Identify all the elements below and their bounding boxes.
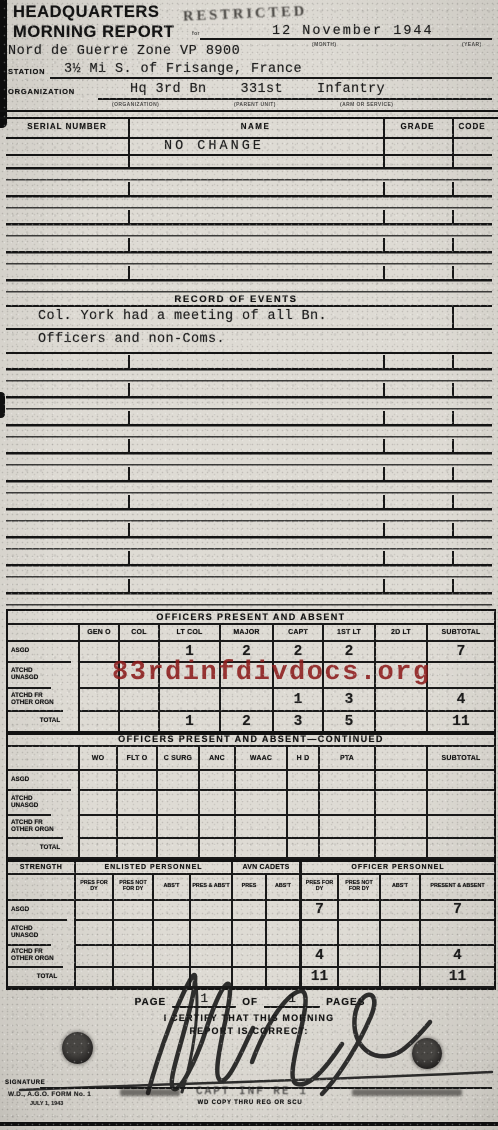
continued-cell [318,839,374,859]
continued-cell [78,839,116,859]
strength-corner-cell [8,875,74,901]
column-divider [452,138,454,154]
officers-cell: 7 [426,642,494,663]
column-divider [383,138,385,154]
continued-cell [116,816,156,839]
strength-cell [265,901,299,921]
continued-cell [318,791,374,816]
strength-cell [189,946,231,968]
row-label-total: TOTAL [8,712,78,733]
strength-cell [152,968,189,988]
officers-cell [78,712,118,733]
subcol-enl-pres-for-dy: PRES FOR DY [74,875,112,901]
organization-value: Hq 3rd Bn 331st Infantry [130,82,385,97]
officers-cell [158,689,219,712]
continued-cell [198,791,234,816]
headquarters-label: HEADQUARTERS [13,3,160,22]
column-divider-dashed [452,154,454,294]
scan-bottom-edge [0,1122,498,1126]
strength-cell: 7 [299,901,337,921]
subcol-avn-abst: ABS'T [265,875,299,901]
continued-cell [156,771,198,791]
continued-cell [286,791,318,816]
officers-continued-title: OFFICERS PRESENT AND ABSENT—CONTINUED [8,733,494,747]
continued-cell [286,816,318,839]
strength-cell [152,946,189,968]
officers-table-title: OFFICERS PRESENT AND ABSENT [8,611,494,625]
officers-col-capt: CAPT [272,625,322,642]
officers-continued-table: OFFICERS PRESENT AND ABSENT—CONTINUED WO… [6,731,496,861]
row-label-asgd: ASGD [8,771,71,791]
officers-col-lt-col: LT COL [158,625,219,642]
officers-cell [118,712,158,733]
continued-cell [198,771,234,791]
illegible-typed-smear [120,1089,180,1096]
officers-cell: 3 [322,689,374,712]
page-count-row: PAGE 1 OF 1 PAGES [100,991,400,1008]
strength-cell [152,921,189,946]
month-sublabel: (MONTH) [312,42,336,48]
column-divider-dashed [452,355,454,607]
continued-cell [78,771,116,791]
continued-cell [156,791,198,816]
map-zone-line: Nord de Guerre Zone VP 8900 [8,44,240,59]
blank-event-rows [6,355,492,607]
continued-col-h-d: H D [286,747,318,771]
strength-cell: 11 [299,968,337,988]
strength-cell [265,968,299,988]
officers-col-subtotal: SUBTOTAL [426,625,494,642]
continued-cell [318,771,374,791]
continued-cell [116,839,156,859]
row-label-atchd-unasgd: ATCHD UNASGD [8,791,51,816]
continued-corner-cell [8,747,78,771]
roster-header-row: SERIAL NUMBER NAME GRADE CODE [6,117,492,139]
column-divider [452,307,454,328]
continued-cell [374,791,426,816]
subcol-avn-pres: PRES [231,875,265,901]
officers-cell: 1 [158,712,219,733]
strength-cell [337,901,379,921]
strength-cell [112,921,152,946]
continued-col-waac: WAAC [234,747,286,771]
row-label-atchd-unasgd: ATCHD UNASGD [8,663,51,689]
continued-col-flt-o: FLT O [116,747,156,771]
continued-cell [374,839,426,859]
officers-cell [78,689,118,712]
punch-hole-right [412,1038,442,1069]
page-label: PAGE [135,997,167,1008]
scan-edge-nub [0,392,5,418]
strength-cell [337,968,379,988]
row-label-total: TOTAL [8,839,78,859]
total-pages: 1 [264,991,320,1008]
station-label: STATION [8,67,45,76]
officers-cell [374,689,426,712]
officers-cell [118,689,158,712]
form-date: JULY 1, 1943 [30,1101,63,1107]
watermark: 83rdinfdivdocs.org [112,658,431,688]
continued-cell [234,791,286,816]
strength-cell [74,901,112,921]
roster-entry-row: NO CHANGE [6,138,492,156]
events-line-1: Col. York had a meeting of all Bn. [38,309,327,324]
officers-corner-cell [8,625,78,642]
officers-cell: 2 [219,712,272,733]
events-entry-row: Officers and non-Coms. [6,330,492,354]
subcol-enl-pres-abst: PRES & ABS'T [189,875,231,901]
column-divider-dashed [383,355,385,607]
group-officer-personnel: OFFICER PERSONNEL [299,862,494,875]
strength-cell [265,921,299,946]
strength-cell [74,921,112,946]
subcol-off-pres-for-dy: PRES FOR DY [299,875,337,901]
continued-cell [286,771,318,791]
copy-note: WD COPY THRU REG OR SCU [100,1100,400,1106]
strength-cell: 4 [419,946,494,968]
subcol-enl-abst: ABS'T [152,875,189,901]
for-label: for [192,31,200,37]
subcol-enl-pres-not-for-dy: PRES NOT FOR DY [112,875,152,901]
col-serial-number: SERIAL NUMBER [6,122,128,131]
year-sublabel: (YEAR) [462,42,482,48]
strength-cell [337,921,379,946]
continued-col-pta: PTA [318,747,374,771]
continued-col-subtotal: SUBTOTAL [426,747,494,771]
morning-report-label: MORNING REPORT [13,23,174,42]
org-sublabel-parent-unit: (PARENT UNIT) [234,102,276,108]
continued-col-blank [374,747,426,771]
strength-cell [299,921,337,946]
row-label-atchd-fr-other-orgn: ATCHD FR OTHER ORGN [8,946,63,968]
form-number: W.D., A.G.O. FORM No. 1 [8,1091,91,1098]
strength-cell: 4 [299,946,337,968]
strength-cell [112,968,152,988]
continued-cell [78,816,116,839]
continued-cell [426,771,494,791]
roster-entry-no-change: NO CHANGE [164,139,264,154]
continued-cell [234,839,286,859]
continued-cell [156,839,198,859]
strength-cell [379,946,419,968]
group-enlisted-personnel: ENLISTED PERSONNEL [74,862,231,875]
subcol-off-present-absent: PRESENT & ABSENT [419,875,494,901]
officers-col-gen-o: GEN O [78,625,118,642]
continued-col-anc: ANC [198,747,234,771]
group-avn-cadets: AVN CADETS [231,862,299,875]
column-divider-dashed [128,355,130,607]
strength-cell [189,921,231,946]
strength-cell [337,946,379,968]
record-of-events-title: RECORD OF EVENTS [6,294,466,305]
officers-col-col: COL [118,625,158,642]
strength-header: STRENGTH [8,862,74,875]
subcol-off-abst: ABS'T [379,875,419,901]
continued-cell [116,791,156,816]
signature-label: SIGNATURE [5,1080,45,1086]
continued-cell [318,816,374,839]
row-label-atchd-unasgd: ATCHD UNASGD [8,921,51,946]
col-grade: GRADE [383,122,452,131]
strength-cell [189,901,231,921]
officers-cell: 11 [426,712,494,733]
officers-cell: 1 [272,689,322,712]
morning-report-scan: HEADQUARTERS RESTRICTED MORNING REPORT f… [0,0,498,1130]
continued-cell [198,839,234,859]
subcol-off-pres-not-for-dy: PRES NOT FOR DY [337,875,379,901]
strength-cell [231,921,265,946]
col-code: CODE [452,122,492,131]
station-value: 3½ Mi S. of Frisange, France [64,62,302,77]
continued-cell [374,816,426,839]
typed-officer-fragment: CAPT INF RE 1 [196,1086,308,1098]
org-sublabel-designation: (ORGANIZATION) [112,102,159,108]
officers-col-1st-lt: 1ST LT [322,625,374,642]
certify-line-1: I CERTIFY THAT THIS MORNING [6,1013,492,1023]
officers-col-2d-lt: 2D LT [374,625,426,642]
row-label-total: TOTAL [8,968,74,988]
report-date: 12 November 1944 [272,24,434,39]
col-name: NAME [128,122,383,131]
continued-cell [156,816,198,839]
events-line-2: Officers and non-Coms. [38,332,225,347]
officers-col-major: MAJOR [219,625,272,642]
strength-table: STRENGTH ENLISTED PERSONNEL AVN CADETS O… [6,860,496,990]
strength-cell [379,901,419,921]
row-label-atchd-fr-other-orgn: ATCHD FR OTHER ORGN [8,816,63,839]
officers-cell [426,663,494,689]
organization-label: ORGANIZATION [8,87,75,96]
org-sublabel-arm-service: (ARM OR SERVICE) [340,102,393,108]
row-label-asgd: ASGD [8,642,71,663]
strength-cell [231,968,265,988]
blank-roster-rows [6,154,492,294]
row-label-atchd-fr-other-orgn: ATCHD FR OTHER ORGN [8,689,63,712]
strength-cell: 7 [419,901,494,921]
strength-cell [231,946,265,968]
strength-cell [112,946,152,968]
strength-cell [231,901,265,921]
strength-cell [74,946,112,968]
continued-cell [286,839,318,859]
punch-hole-left [62,1032,93,1064]
strength-cell [152,901,189,921]
officers-cell: 4 [426,689,494,712]
strength-cell [189,968,231,988]
strength-cell [379,968,419,988]
continued-cell [78,791,116,816]
of-label: OF [242,997,258,1008]
continued-cell [198,816,234,839]
column-divider-dashed [128,154,130,294]
strength-cell [265,946,299,968]
officers-cell: 5 [322,712,374,733]
continued-col-wo: WO [78,747,116,771]
page-number: 1 [172,991,236,1008]
scan-edge-strip [0,0,7,128]
events-entry-row: Col. York had a meeting of all Bn. [6,307,492,330]
illegible-typed-smear [352,1089,462,1096]
continued-cell [374,771,426,791]
continued-cell [426,816,494,839]
strength-cell [379,921,419,946]
strength-cell [74,968,112,988]
strength-cell [112,901,152,921]
officers-cell: 3 [272,712,322,733]
continued-cell [116,771,156,791]
continued-col-c-surg: C SURG [156,747,198,771]
strength-cell [419,921,494,946]
continued-cell [234,771,286,791]
row-label-asgd: ASGD [8,901,67,921]
continued-cell [234,816,286,839]
officers-cell [374,712,426,733]
column-divider [128,138,130,154]
continued-cell [426,791,494,816]
pages-label: PAGES [326,997,365,1008]
column-divider-dashed [383,154,385,294]
strength-cell: 11 [419,968,494,988]
continued-cell [426,839,494,859]
officers-cell [219,689,272,712]
